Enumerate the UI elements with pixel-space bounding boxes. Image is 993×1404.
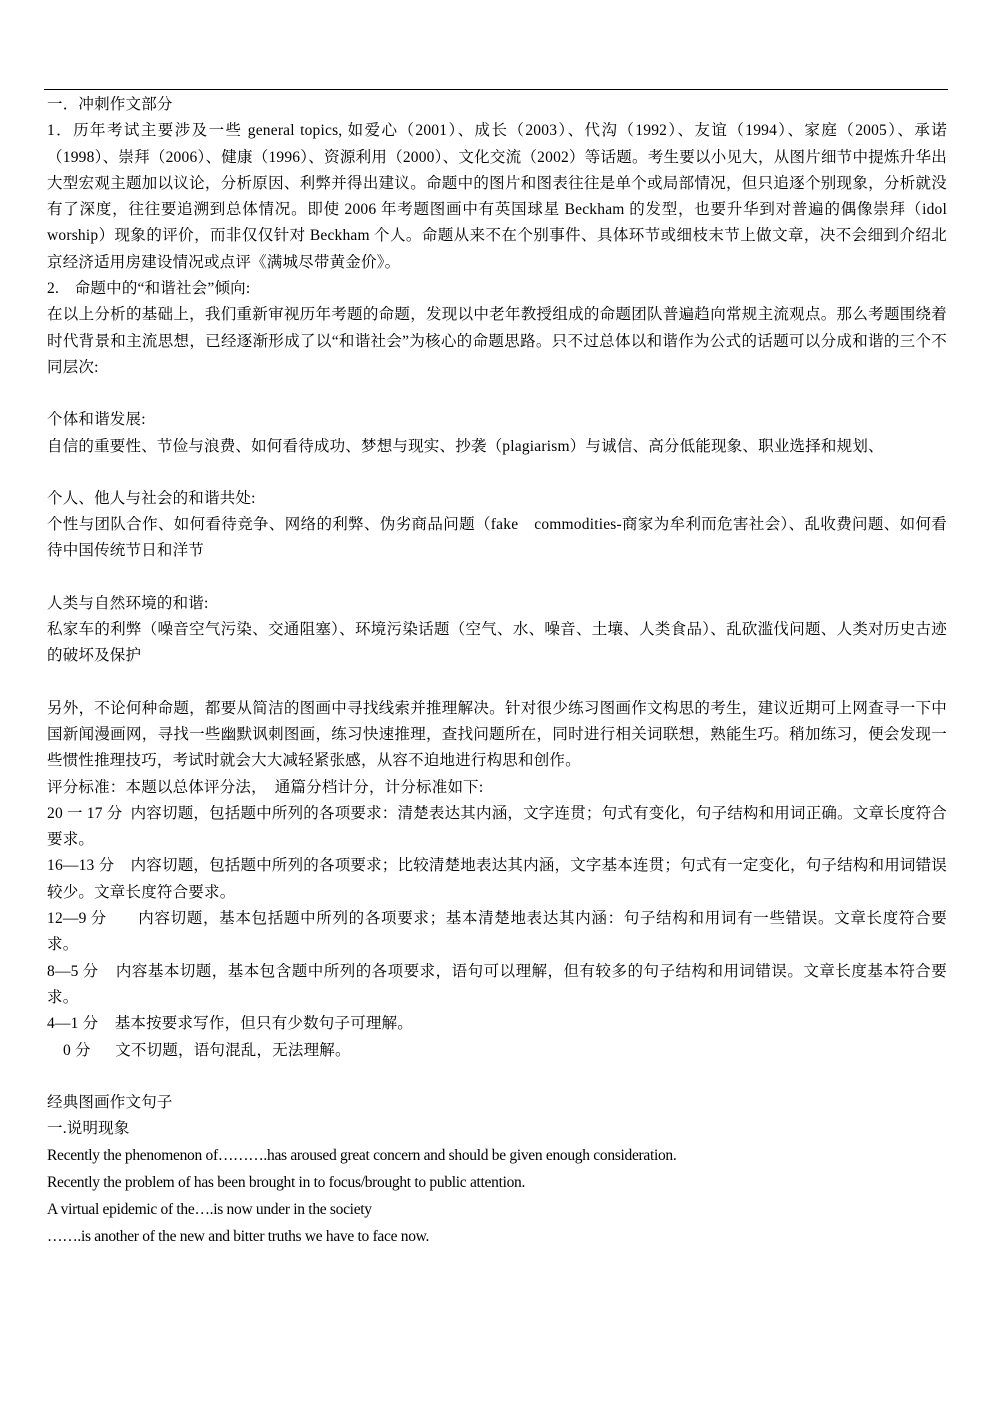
score-range: 8—5 分: [47, 959, 98, 985]
score-range: 0 分: [63, 1038, 91, 1064]
sentence-item: Recently the phenomenon of……….has arouse…: [47, 1142, 947, 1169]
heading-individual-harmony: 个体和谐发展:: [47, 407, 947, 433]
section-title: 一．冲刺作文部分: [47, 92, 947, 118]
score-range: 4—1 分: [47, 1011, 98, 1037]
sentence-list: Recently the phenomenon of……….has arouse…: [47, 1142, 947, 1250]
heading-harmonious-society: 2. 命题中的“和谐社会”倾向:: [47, 276, 947, 302]
scoring-item: 4—1 分 基本按要求写作，但只有少数句子可理解。: [47, 1011, 947, 1037]
score-description: 内容基本切题，基本包含题中所列的各项要求，语句可以理解，但有较多的句子结构和用词…: [47, 963, 947, 1006]
scoring-intro: 评分标准：本题以总体评分法， 通篇分档计分，计分标准如下:: [47, 775, 947, 801]
text-nature-harmony: 私家车的利弊（噪音空气污染、交通阻塞）、环境污染话题（空气、水、噪音、土壤、人类…: [47, 617, 947, 670]
classic-sentences-title: 经典图画作文句子: [47, 1090, 947, 1116]
text-individual-harmony: 自信的重要性、节俭与浪费、如何看待成功、梦想与现实、抄袭（plagiarism）…: [47, 434, 947, 460]
score-description: 内容切题，包括题中所列的各项要求；比较清楚地表达其内涵，文字基本连贯；句式有一定…: [47, 857, 947, 900]
document-body: 一．冲刺作文部分 1．历年考试主要涉及一些 general topics, 如爱…: [47, 92, 947, 1250]
scoring-list: 20 一 17 分 内容切题，包括题中所列的各项要求：清楚表达其内涵，文字连贯；…: [47, 801, 947, 1064]
spacer: [47, 1064, 947, 1090]
sentence-item: A virtual epidemic of the….is now under …: [47, 1196, 947, 1223]
scoring-item: 12—9 分 内容切题，基本包括题中所列的各项要求；基本清楚地表达其内涵：句子结…: [47, 906, 947, 959]
paragraph-practice-advice: 另外，不论何种命题，都要从简洁的图画中寻找线索并推理解决。针对很少练习图画作文构…: [47, 696, 947, 775]
score-range: 20 一 17 分: [47, 801, 122, 827]
classic-sentences-subtitle: 一.说明现象: [47, 1116, 947, 1142]
score-description: 文不切题，语句混乱，无法理解。: [115, 1042, 351, 1059]
scoring-item: 16—13 分 内容切题，包括题中所列的各项要求；比较清楚地表达其内涵，文字基本…: [47, 853, 947, 906]
score-description: 内容切题，基本包括题中所列的各项要求；基本清楚地表达其内涵：句子结构和用词有一些…: [47, 910, 947, 953]
scoring-item: 20 一 17 分 内容切题，包括题中所列的各项要求：清楚表达其内涵，文字连贯；…: [47, 801, 947, 854]
spacer: [47, 565, 947, 591]
paragraph-general-topics: 1．历年考试主要涉及一些 general topics, 如爱心（2001）、成…: [47, 118, 947, 276]
score-description: 基本按要求写作，但只有少数句子可理解。: [115, 1015, 413, 1032]
spacer: [47, 381, 947, 407]
scoring-item: 8—5 分 内容基本切题，基本包含题中所列的各项要求，语句可以理解，但有较多的句…: [47, 959, 947, 1012]
spacer: [47, 670, 947, 696]
scoring-item: 0 分 文不切题，语句混乱，无法理解。: [47, 1038, 947, 1064]
document-page: 一．冲刺作文部分 1．历年考试主要涉及一些 general topics, 如爱…: [0, 0, 993, 1404]
score-range: 12—9 分: [47, 906, 106, 932]
heading-nature-harmony: 人类与自然环境的和谐:: [47, 591, 947, 617]
spacer: [47, 460, 947, 486]
sentence-item: Recently the problem of has been brought…: [47, 1169, 947, 1196]
paragraph-harmonious-society: 在以上分析的基础上，我们重新审视历年考题的命题，发现以中老年教授组成的命题团队普…: [47, 302, 947, 381]
sentence-item: …….is another of the new and bitter trut…: [47, 1223, 947, 1250]
text-social-harmony: 个性与团队合作、如何看待竞争、网络的利弊、伪劣商品问题（fake commodi…: [47, 512, 947, 565]
header-rule: [44, 89, 948, 90]
heading-social-harmony: 个人、他人与社会的和谐共处:: [47, 486, 947, 512]
score-description: 内容切题，包括题中所列的各项要求：清楚表达其内涵，文字连贯；句式有变化，句子结构…: [47, 805, 947, 848]
score-range: 16—13 分: [47, 853, 114, 879]
